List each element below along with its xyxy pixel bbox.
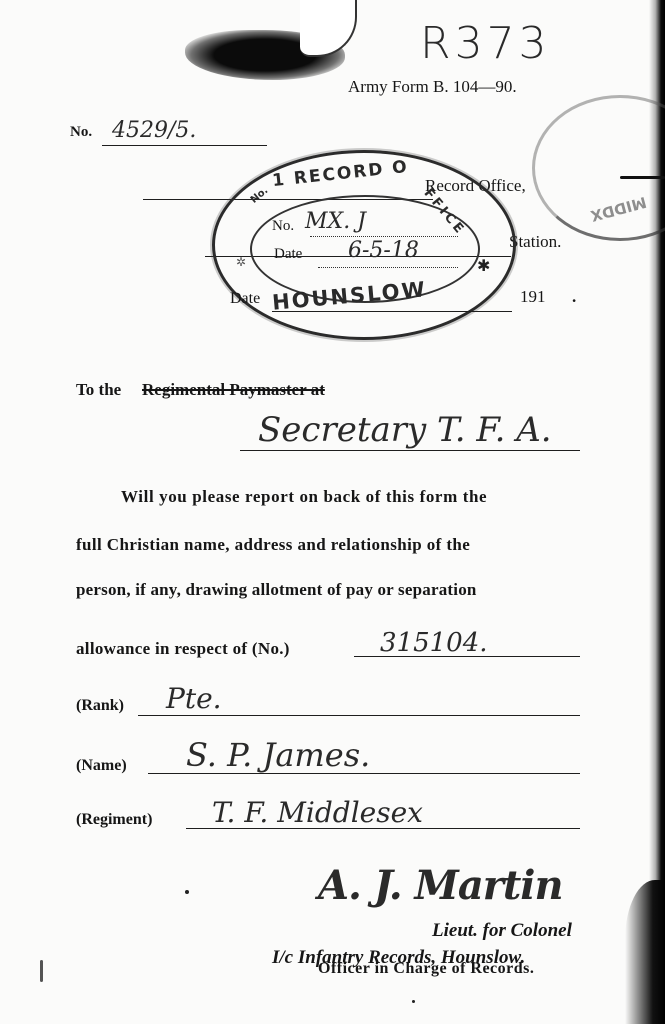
ink-smudge: [300, 0, 357, 57]
date-end: .: [572, 287, 576, 307]
body-line-4: allowance in respect of (No.): [76, 639, 290, 659]
soldier-number: 315104.: [380, 628, 488, 658]
stamp-date-label: Date: [274, 246, 302, 263]
regiment-value: T. F. Middlesex: [212, 796, 423, 829]
date-year: 191: [520, 287, 546, 307]
body-line-2: full Christian name, address and relatio…: [76, 535, 470, 555]
rank-value: Pte.: [166, 682, 222, 715]
body-line-3: person, if any, drawing allotment of pay…: [76, 580, 477, 600]
margin-mark: [40, 960, 43, 982]
rank-line: [138, 715, 580, 716]
dot-mark: [412, 1000, 415, 1003]
stamp-no-label: No.: [272, 218, 294, 235]
signature-title-line-1: Lieut. for Colonel: [432, 920, 572, 942]
dot-mark: [185, 890, 189, 894]
stamp-date-value: 6-5-18: [348, 238, 419, 263]
name-label: (Name): [76, 757, 127, 775]
name-value: S. P. James.: [186, 736, 370, 774]
station-suffix: Station.: [509, 232, 561, 252]
rank-label: (Rank): [76, 697, 124, 715]
regiment-line: [186, 828, 580, 829]
number-underline: [102, 145, 267, 146]
body-line-1: Will you please report on back of this f…: [121, 487, 487, 507]
stamp-no-dots: [310, 236, 458, 237]
stamp-star-left-icon: ✲: [236, 255, 246, 270]
page-corner-shadow: [625, 880, 665, 1024]
stamp-no-value: MX. J: [305, 209, 366, 234]
signature: A. J. Martin: [318, 862, 563, 909]
number-label: No.: [70, 124, 92, 141]
addressee-handwritten: Secretary T. F. A.: [258, 410, 552, 450]
number-value: 4529/5.: [112, 118, 196, 143]
signature-title-line-3: Officer in Charge of Records.: [318, 960, 534, 978]
ink-mark: [620, 176, 665, 179]
soldier-number-line: [354, 656, 580, 657]
date-line: [272, 311, 512, 312]
stamp-star-right-icon: ✱: [477, 256, 490, 276]
addressee-struck: Regimental Paymaster at: [142, 380, 325, 400]
regiment-label: (Regiment): [76, 811, 152, 829]
name-line: [148, 773, 580, 774]
reference-mark: R373: [420, 18, 551, 69]
date-label: Date: [230, 290, 260, 308]
stamp-date-dots: [318, 267, 458, 268]
addressee-line: [240, 450, 580, 451]
addressee-prefix: To the: [76, 380, 121, 400]
form-title: Army Form B. 104—90.: [348, 77, 517, 97]
